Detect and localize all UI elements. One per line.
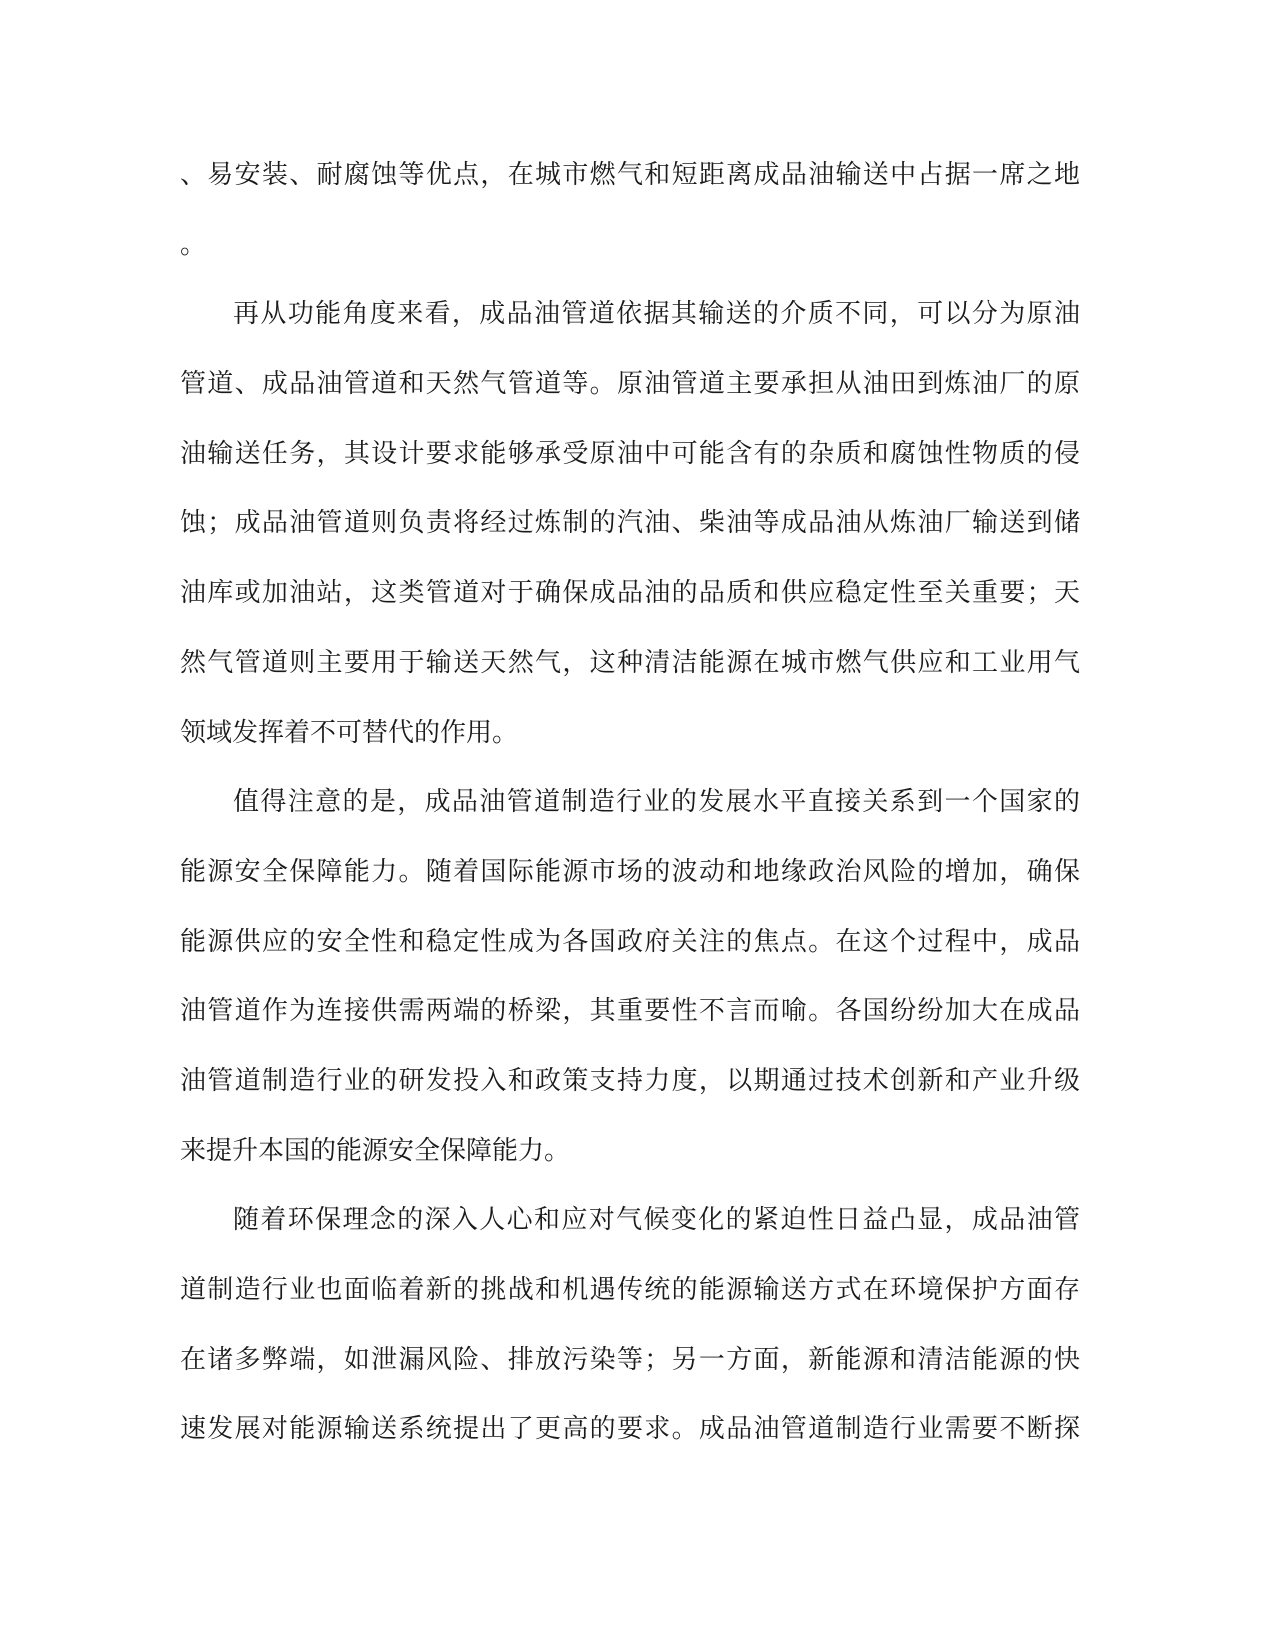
- text-line: 领域发挥着不可替代的作用。: [180, 698, 1080, 768]
- text-line: 油管道作为连接供需两端的桥梁，其重要性不言而喻。各国纷纷加大在成品: [180, 976, 1080, 1046]
- text-line: 随着环保理念的深入人心和应对气候变化的紧迫性日益凸显，成品油管: [180, 1185, 1080, 1255]
- text-block: 、易安装、耐腐蚀等优点，在城市燃气和短距离成品油输送中占据一席之地 。 再从功能…: [180, 140, 1080, 1464]
- text-line: 、易安装、耐腐蚀等优点，在城市燃气和短距离成品油输送中占据一席之地: [180, 140, 1080, 210]
- text-line: 。: [180, 210, 1080, 280]
- text-line: 再从功能角度来看，成品油管道依据其输送的介质不同，可以分为原油: [180, 279, 1080, 349]
- text-line: 速发展对能源输送系统提出了更高的要求。成品油管道制造行业需要不断探: [180, 1394, 1080, 1464]
- text-line: 油管道制造行业的研发投入和政策支持力度，以期通过技术创新和产业升级: [180, 1046, 1080, 1116]
- text-line: 道制造行业也面临着新的挑战和机遇传统的能源输送方式在环境保护方面存: [180, 1255, 1080, 1325]
- text-line: 蚀；成品油管道则负责将经过炼制的汽油、柴油等成品油从炼油厂输送到储: [180, 488, 1080, 558]
- paragraph-3: 值得注意的是，成品油管道制造行业的发展水平直接关系到一个国家的 能源安全保障能力…: [180, 767, 1080, 1185]
- text-line: 管道、成品油管道和天然气管道等。原油管道主要承担从油田到炼油厂的原: [180, 349, 1080, 419]
- text-line: 值得注意的是，成品油管道制造行业的发展水平直接关系到一个国家的: [180, 767, 1080, 837]
- text-line: 来提升本国的能源安全保障能力。: [180, 1116, 1080, 1186]
- text-line: 然气管道则主要用于输送天然气，这种清洁能源在城市燃气供应和工业用气: [180, 628, 1080, 698]
- paragraph-1: 、易安装、耐腐蚀等优点，在城市燃气和短距离成品油输送中占据一席之地 。: [180, 140, 1080, 279]
- text-line: 油输送任务，其设计要求能够承受原油中可能含有的杂质和腐蚀性物质的侵: [180, 419, 1080, 489]
- text-line: 能源供应的安全性和稳定性成为各国政府关注的焦点。在这个过程中，成品: [180, 907, 1080, 977]
- text-line: 在诸多弊端，如泄漏风险、排放污染等；另一方面，新能源和清洁能源的快: [180, 1325, 1080, 1395]
- text-line: 油库或加油站，这类管道对于确保成品油的品质和供应稳定性至关重要；天: [180, 558, 1080, 628]
- paragraph-4: 随着环保理念的深入人心和应对气候变化的紧迫性日益凸显，成品油管 道制造行业也面临…: [180, 1185, 1080, 1464]
- document-page: 、易安装、耐腐蚀等优点，在城市燃气和短距离成品油输送中占据一席之地 。 再从功能…: [0, 0, 1275, 1650]
- text-line: 能源安全保障能力。随着国际能源市场的波动和地缘政治风险的增加，确保: [180, 837, 1080, 907]
- paragraph-2: 再从功能角度来看，成品油管道依据其输送的介质不同，可以分为原油 管道、成品油管道…: [180, 279, 1080, 767]
